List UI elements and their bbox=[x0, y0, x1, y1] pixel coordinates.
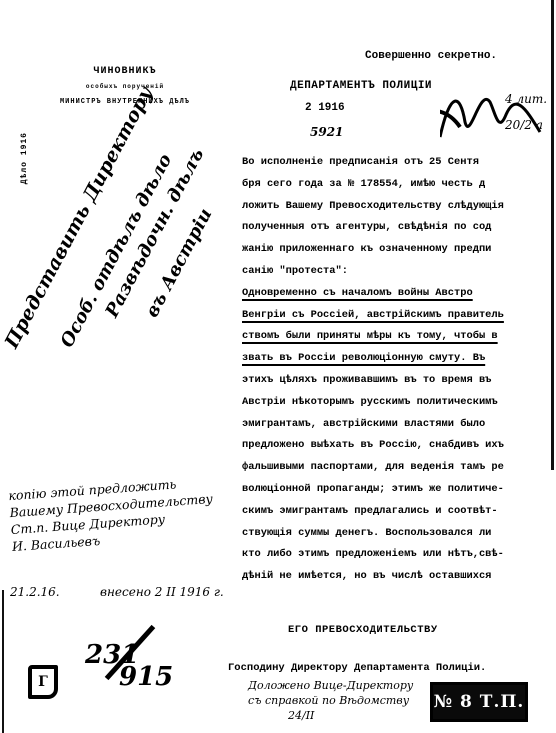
addressee-title: ЕГО ПРЕВОСХОДИТЕЛЬСТВУ bbox=[288, 624, 438, 636]
handwritten-entry-note: внесено 2 II 1916 г. bbox=[100, 585, 224, 599]
signature-stroke-icon bbox=[440, 82, 550, 142]
margin-file-mark: Дѣло 1916 bbox=[20, 132, 29, 184]
handwritten-bottom-note: Доложено Вице-Директорусъ справкой по Вѣ… bbox=[248, 678, 413, 723]
boxed-mark: Г bbox=[28, 665, 58, 699]
letterhead: ЧИНОВНИКЪ особыхъ порученій МИНИСТРЪ ВНУ… bbox=[40, 66, 210, 106]
diagonal-note-line: Особ. отдѣлъ дѣло bbox=[56, 151, 176, 351]
body-line: Одновременно съ началомъ войны Австро bbox=[242, 283, 552, 305]
registration-fraction: 231 915 bbox=[85, 640, 139, 670]
classification-label: Совершенно секретно. bbox=[365, 50, 497, 62]
body-line: фальшивыми паспортами, для веденія тамъ … bbox=[242, 457, 552, 479]
body-line: Во исполненіе предписанія отъ 25 Сентя bbox=[242, 152, 552, 174]
department-header: ДЕПАРТАМЕНТЪ ПОЛИЦІИ bbox=[290, 80, 432, 92]
scanned-document-page: ЧИНОВНИКЪ особыхъ порученій МИНИСТРЪ ВНУ… bbox=[0, 0, 556, 733]
note-line: 24/II bbox=[248, 708, 413, 723]
registry-stamp: № 8 Т.П. bbox=[430, 682, 528, 722]
document-date: 2 1916 bbox=[305, 102, 345, 114]
body-line: скимъ эмигрантамъ предлагались и соотвѣт… bbox=[242, 501, 552, 523]
note-line: Доложено Вице-Директору bbox=[248, 678, 413, 693]
body-line: дѣній не имѣется, но въ числѣ оставшихся bbox=[242, 566, 552, 588]
document-body: Во исполненіе предписанія отъ 25 Сентябр… bbox=[242, 152, 552, 588]
body-line: предложено выѣхать въ Россію, снабдивъ и… bbox=[242, 435, 552, 457]
letterhead-subtitle: особыхъ порученій bbox=[40, 83, 210, 90]
handwritten-left-note: копію этой предложитьВашему Превосходите… bbox=[8, 473, 216, 555]
body-line: волюціонной пропаганды; этимъ же политич… bbox=[242, 479, 552, 501]
body-line: бря сего года за № 178554, имѣю честь д bbox=[242, 174, 552, 196]
body-line: ложить Вашему Превосходительству слѣдующ… bbox=[242, 196, 552, 218]
body-line: этихъ цѣляхъ проживавшимъ въ то время въ bbox=[242, 370, 552, 392]
handwritten-date: 21.2.16. bbox=[10, 585, 60, 599]
body-line: ствомъ были приняты мѣры къ тому, чтобы … bbox=[242, 326, 552, 348]
body-line: жанію приложеннаго къ означенному предпи bbox=[242, 239, 552, 261]
handwritten-note-top-right: 20/2 а bbox=[505, 118, 543, 132]
handwritten-note-top-right: 4 лит. bbox=[505, 92, 547, 106]
page-edge-shadow bbox=[2, 590, 4, 733]
body-line: эмигрантамъ, австрійскими властями было bbox=[242, 414, 552, 436]
addressee-line: Господину Директору Департамента Полиціи… bbox=[228, 662, 486, 674]
note-line: съ справкой по Вѣдомству bbox=[248, 693, 413, 708]
body-line: кто либо этимъ предложеніемъ или нѣтъ,св… bbox=[242, 544, 552, 566]
body-line: Венгріи съ Россіей, австрійскимъ правите… bbox=[242, 305, 552, 327]
letterhead-title: ЧИНОВНИКЪ bbox=[40, 66, 210, 77]
body-line: звать въ Россіи революціонную смуту. Въ bbox=[242, 348, 552, 370]
body-line: Австріи нѣкоторымъ русскимъ политическим… bbox=[242, 392, 552, 414]
body-line: ствующія суммы денегъ. Воспользовался ли bbox=[242, 523, 552, 545]
body-line: санію "протеста": bbox=[242, 261, 552, 283]
outgoing-number: 5921 bbox=[310, 125, 343, 139]
body-line: полученныя отъ агентуры, свѣдѣнія по сод bbox=[242, 217, 552, 239]
fraction-denominator: 915 bbox=[119, 662, 173, 692]
